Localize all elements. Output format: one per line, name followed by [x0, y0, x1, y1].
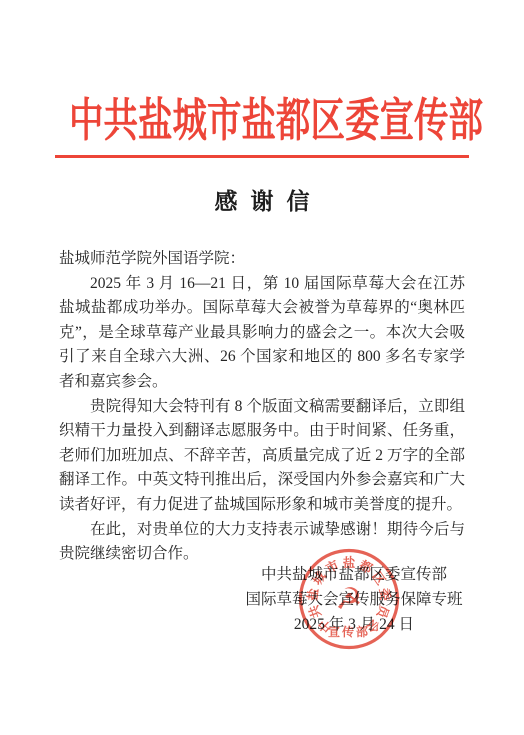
document-title: 感谢信: [0, 183, 524, 216]
signature-org-line-2: 国际草莓大会宣传服务保障专班: [194, 587, 514, 612]
letterhead-rule: [55, 155, 469, 158]
letter-body: 盐城师范学院外国语学院： 2025 年 3 月 16—21 日，第 10 届国际…: [59, 247, 465, 567]
body-paragraph: 2025 年 3 月 16—21 日，第 10 届国际草莓大会在江苏盐城盐都成功…: [59, 272, 465, 395]
letterhead: 中共盐城市盐都区委宣传部: [0, 96, 524, 148]
signature-date: 2025 年 3 月 24 日: [194, 612, 514, 637]
signature-block: 中共盐城市盐都区委宣传部 国际草莓大会宣传服务保障专班 2025 年 3 月 2…: [194, 562, 514, 637]
body-paragraph: 贵院得知大会特刊有 8 个版面文稿需要翻译后，立即组织精干力量投入到翻译志愿服务…: [59, 395, 465, 518]
letter-page: 中共盐城市盐都区委宣传部 感谢信 盐城师范学院外国语学院： 2025 年 3 月…: [0, 0, 524, 735]
salutation: 盐城师范学院外国语学院：: [59, 247, 465, 272]
body-paragraph: 在此，对贵单位的大力支持表示诚挚感谢！期待今后与贵院继续密切合作。: [59, 518, 465, 567]
signature-org-line-1: 中共盐城市盐都区委宣传部: [194, 562, 514, 587]
letterhead-title: 中共盐城市盐都区委宣传部: [69, 96, 483, 146]
